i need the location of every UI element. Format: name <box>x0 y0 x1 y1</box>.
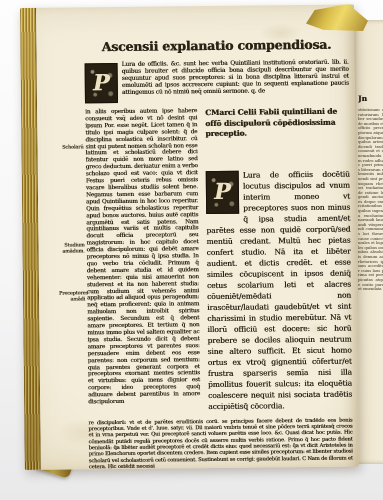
book-page: Scholarū Studium amādum. Preceptores amā… <box>20 5 359 470</box>
facing-page-heading: Jn <box>358 94 382 103</box>
page-title: Ascensii explanatio compendiosa. <box>84 37 348 55</box>
quintilian-column: CMarci Celii Fabii quintiliani de offō d… <box>205 107 352 412</box>
book-photo: Jn stitutionum oratoriarum liber secundu… <box>0 0 383 500</box>
quintilian-text: P Lura de officiis docētiū locutus disci… <box>206 168 353 411</box>
intro-paragraph: P Lura de officiis. &c. sunt hec verba Q… <box>85 60 349 107</box>
two-column-block: in aliis operibus autem ipse habere cons… <box>85 107 352 414</box>
bottom-commentary: re discipulorū: vt et de parētes eruditi… <box>88 417 353 470</box>
text-block: Ascensii explanatio compendiosa. P Lura … <box>84 37 353 471</box>
facing-page-text: stitutionum oratoriarum liber secundus d… <box>358 108 383 442</box>
ornamental-initial-p: P <box>85 63 118 103</box>
margin-note-preceptores: Preceptores amādi <box>59 291 85 302</box>
gilt-fore-edge <box>20 8 41 470</box>
ornamental-initial-p-2: P <box>206 170 239 213</box>
margin-note-studium: Studium amādum. <box>58 243 84 254</box>
margin-note-scholarum: Scholarū <box>57 145 83 151</box>
chapter-heading: CMarci Celii Fabii quintiliani de offō d… <box>205 107 349 140</box>
intro-text: Lura de officiis. &c. sunt hec verba Qui… <box>122 60 349 96</box>
commentary-left-column: in aliis operibus autem ipse habere cons… <box>85 108 200 406</box>
